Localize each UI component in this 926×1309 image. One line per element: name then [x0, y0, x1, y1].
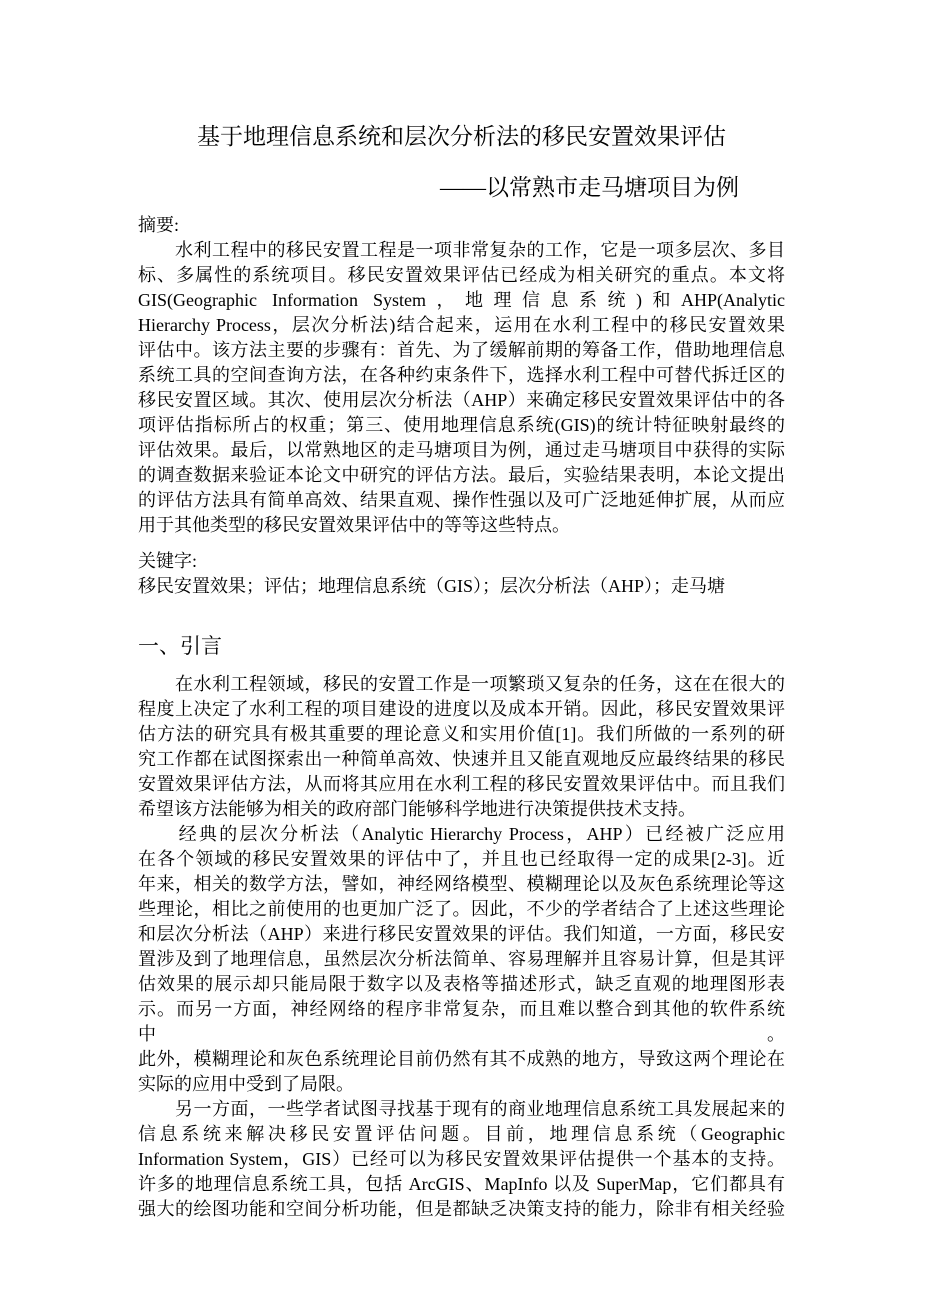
text-line: 和层次分析法（AHP）来进行移民安置效果的评估。我们知道，一方面，移民安 — [138, 922, 785, 947]
text-line: 移民安置区域。其次、使用层次分析法（AHP）来确定移民安置效果评估中的各 — [138, 388, 785, 413]
document-subtitle: ——以常熟市走马塘项目为例 — [138, 172, 785, 204]
text-line: 用于其他类型的移民安置效果评估中的等等这些特点。 — [138, 513, 785, 538]
keywords-label: 关键字: — [138, 549, 785, 574]
text-line: 希望该方法能够为相关的政府部门能够科学地进行决策提供技术支持。 — [138, 797, 785, 822]
text-line: 许多的地理信息系统工具，包括 ArcGIS、MapInfo 以及 SuperMa… — [138, 1172, 785, 1197]
text-line: Information System，GIS）已经可以为移民安置效果评估提供一个… — [138, 1147, 785, 1172]
text-line: 年来，相关的数学方法，譬如，神经网络模型、模糊理论以及灰色系统理论等这 — [138, 872, 785, 897]
text-line: 究工作都在试图探索出一种简单高效、快速并且又能直观地反应最终结果的移民 — [138, 747, 785, 772]
text-line: 实际的应用中受到了局限。 — [138, 1072, 785, 1097]
text-line: 示。而另一方面，神经网络的程序非常复杂，而且难以整合到其他的软件系统中。 — [138, 997, 785, 1047]
abstract-paragraph: 水利工程中的移民安置工程是一项非常复杂的工作，它是一项多层次、多目标、多属性的系… — [138, 238, 785, 538]
text-line: 评估效果。最后，以常熟地区的走马塘项目为例，通过走马塘项目中获得的实际 — [138, 438, 785, 463]
text-line: 项评估指标所占的权重；第三、使用地理信息系统(GIS)的统计特征映射最终的 — [138, 413, 785, 438]
introduction-paragraph-1: 在水利工程领域，移民的安置工作是一项繁琐又复杂的任务，这在在很大的程度上决定了水… — [138, 672, 785, 822]
text-line: 强大的绘图功能和空间分析功能，但是都缺乏决策支持的能力，除非有相关经验 — [138, 1197, 785, 1222]
text-line: 程度上决定了水利工程的项目建设的进度以及成本开销。因此，移民安置效果评 — [138, 697, 785, 722]
document-title: 基于地理信息系统和层次分析法的移民安置效果评估 — [138, 121, 785, 153]
abstract-label: 摘要: — [138, 213, 785, 238]
text-line: 估效果的展示却只能局限于数字以及表格等描述形式，缺乏直观的地理图形表 — [138, 972, 785, 997]
text-line: 此外，模糊理论和灰色系统理论目前仍然有其不成熟的地方，导致这两个理论在 — [138, 1047, 785, 1072]
text-line: 另一方面，一些学者试图寻找基于现有的商业地理信息系统工具发展起来的 — [138, 1097, 785, 1122]
text-line: 水利工程中的移民安置工程是一项非常复杂的工作，它是一项多层次、多目 — [138, 238, 785, 263]
text-line: 的调查数据来验证本论文中研究的评估方法。最后，实验结果表明，本论文提出 — [138, 463, 785, 488]
text-line: 经典的层次分析法（Analytic Hierarchy Process，AHP）… — [138, 822, 785, 847]
text-line: 估方法的研究具有极其重要的理论意义和实用价值[1]。我们所做的一系列的研 — [138, 722, 785, 747]
text-line: GIS(Geographic Information System，地理信息系统… — [138, 288, 785, 313]
text-line: 的评估方法具有简单高效、结果直观、操作性强以及可广泛地延伸扩展，从而应 — [138, 488, 785, 513]
text-line: 在水利工程领域，移民的安置工作是一项繁琐又复杂的任务，这在在很大的 — [138, 672, 785, 697]
text-line: 置涉及到了地理信息，虽然层次分析法简单、容易理解并且容易计算，但是其评 — [138, 947, 785, 972]
text-line: 在各个领域的移民安置效果的评估中了，并且也已经取得一定的成果[2-3]。近 — [138, 847, 785, 872]
text-line: Hierarchy Process，层次分析法)结合起来，运用在水利工程中的移民… — [138, 313, 785, 338]
section-heading-introduction: 一、引言 — [138, 631, 785, 661]
introduction-paragraph-2: 经典的层次分析法（Analytic Hierarchy Process，AHP）… — [138, 822, 785, 1097]
text-line: 信息系统来解决移民安置评估问题。目前，地理信息系统（Geographic — [138, 1122, 785, 1147]
introduction-paragraph-3: 另一方面，一些学者试图寻找基于现有的商业地理信息系统工具发展起来的信息系统来解决… — [138, 1097, 785, 1222]
text-line: 标、多属性的系统项目。移民安置效果评估已经成为相关研究的重点。本文将 — [138, 263, 785, 288]
text-line: 评估中。该方法主要的步骤有：首先、为了缓解前期的筹备工作，借助地理信息 — [138, 338, 785, 363]
keywords-text: 移民安置效果；评估；地理信息系统（GIS）；层次分析法（AHP）；走马塘 — [138, 574, 785, 599]
text-line: 系统工具的空间查询方法，在各种约束条件下，选择水利工程中可替代拆迁区的 — [138, 363, 785, 388]
document-page: 基于地理信息系统和层次分析法的移民安置效果评估 ——以常熟市走马塘项目为例 摘要… — [0, 0, 926, 1309]
text-line: 些理论，相比之前使用的也更加广泛了。因此，不少的学者结合了上述这些理论 — [138, 897, 785, 922]
text-line: 安置效果评估方法，从而将其应用在水利工程的移民安置效果评估中。而且我们 — [138, 772, 785, 797]
